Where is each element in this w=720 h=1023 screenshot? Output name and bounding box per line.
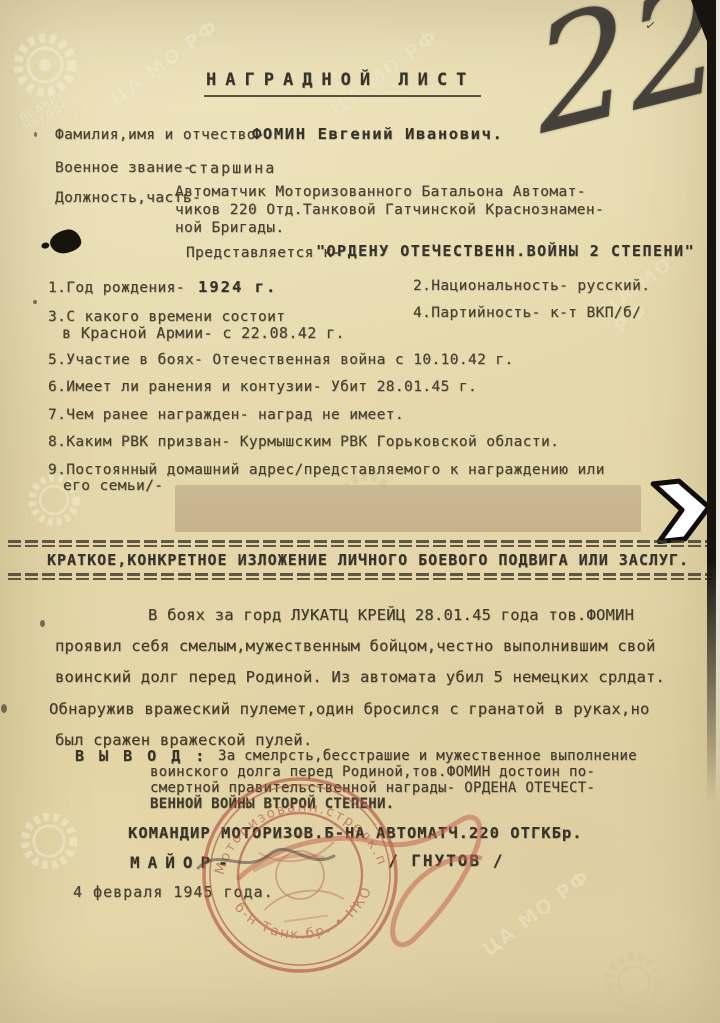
- conclusion-line: За смелрсть,бесстрашие и мужественное вы…: [218, 748, 637, 764]
- paper-speck: [40, 620, 45, 627]
- item-service-since: 3.С какого времени состоит: [48, 309, 285, 325]
- archive-gear-watermark-icon: [6, 26, 84, 104]
- nomination-award-value: "ОРДЕНУ ОТЕЧЕСТВЕНН.ВОЙНЫ 2 СТЕПЕНИ": [316, 242, 695, 260]
- dashed-separator: [8, 540, 712, 548]
- field-rank-value: старшина: [188, 159, 276, 177]
- field-name-value: ФОМИН Евгений Иванович.: [252, 125, 503, 143]
- ink-blot: [48, 227, 83, 255]
- item-home-address: его семьи/-: [63, 478, 163, 494]
- item-nationality: 2.Национальность- русский.: [413, 278, 650, 294]
- item-birth-year-label: 1.Год рождения-: [48, 280, 185, 296]
- item-home-address: 9.Постоянный домашний адрес/представляем…: [48, 462, 605, 478]
- red-ink-signature: [225, 800, 510, 970]
- item-party-status: 4.Партийность- к-т ВКП/б/: [413, 305, 641, 321]
- paper-speck: [34, 132, 37, 137]
- field-rank-label: Военное звание-: [55, 160, 192, 176]
- feat-description-line: проявил себя смелым,мужественным бойцом,…: [55, 637, 656, 655]
- archive-gear-watermark-icon: [14, 806, 84, 876]
- item-wounds: 6.Имеет ли ранения и контузии- Убит 28.0…: [48, 379, 477, 395]
- feat-description-line: Обнаружив вражеский пулемет,один бросилс…: [49, 700, 650, 718]
- item-combat-participation: 5.Участие в боях- Отечественная война с …: [48, 352, 514, 368]
- scan-edge-shadow: [707, 0, 716, 800]
- item-previous-awards: 7.Чем ранее награжден- наград не имеет.: [48, 407, 404, 423]
- field-position-value: Автоматчик Моторизованного Батальона Авт…: [175, 184, 586, 200]
- paper-speck: [33, 300, 37, 304]
- feat-description-line: воинский долг перед Родиной. Из автомата…: [55, 668, 665, 686]
- award-sheet-document: ПОДВИГНАРОДА ЦА МО РФ ЦА МО РФ ЦА МО РФ …: [0, 0, 720, 1023]
- section-header: КРАТКОЕ,КОНКРЕТНОЕ ИЗЛОЖЕНИЕ ЛИЧНОГО БОЕ…: [47, 551, 689, 569]
- dashed-separator: [8, 573, 712, 581]
- paper-speck: [1, 704, 7, 713]
- field-position-value: ной Бригады.: [175, 220, 285, 236]
- item-drafted-by: 8.Каким РВК призван- Курмышским РВК Горь…: [48, 434, 559, 450]
- item-service-since: в Красной Армии- с 22.08.42 г.: [62, 324, 345, 342]
- field-position-value: чиков 220 Отд.Танковой Гатчинской Красно…: [175, 202, 604, 218]
- field-name-label: Фамилия,имя и отчество-: [55, 127, 265, 143]
- redacted-address-band: [175, 485, 641, 532]
- conclusion-label: В Ы В О Д :: [75, 747, 207, 765]
- pencil-signature-scribble: [192, 840, 342, 885]
- archive-gear-watermark-icon: [598, 946, 670, 1018]
- feat-description-line: В боях за горд ЛУКАТЦ КРЕЙЦ 28.01.45 год…: [148, 606, 634, 624]
- document-title: НАГРАДНОЙ ЛИСТ: [204, 70, 481, 97]
- item-birth-year-value: 1924 г.: [198, 278, 277, 296]
